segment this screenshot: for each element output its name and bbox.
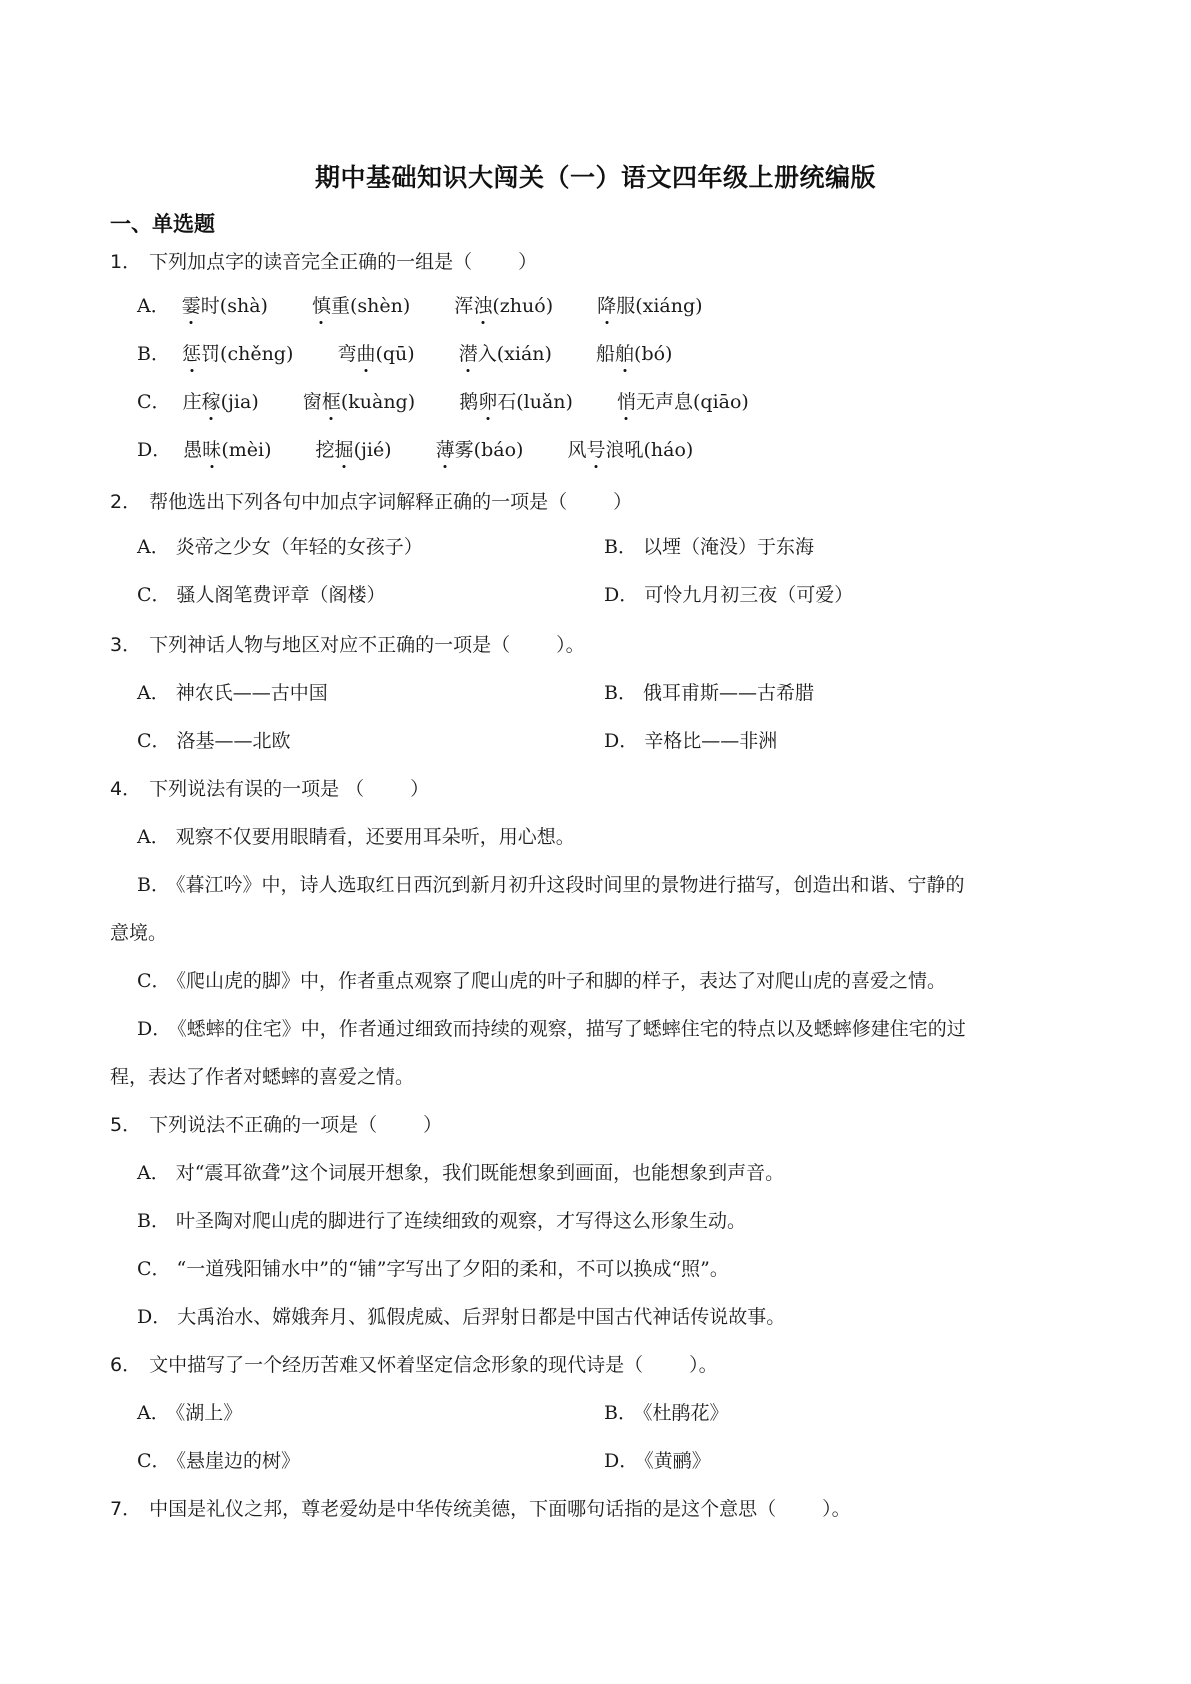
option-word: 风号浪吼(háo) bbox=[567, 438, 693, 462]
question-1-option-b[interactable]: B． 惩罚(chěng) 弯曲(qū) 潜入(xián) 船舶(bó) bbox=[137, 342, 710, 366]
option-word: 浑浊(zhuó) bbox=[454, 294, 553, 318]
option-word: 悄无声息(qiāo) bbox=[617, 390, 749, 414]
question-3-option-c[interactable]: C．洛基——北欧 bbox=[137, 729, 291, 753]
question-5-option-b[interactable]: B．叶圣陶对爬山虎的脚进行了连续细致的观察，才写得这么形象生动。 bbox=[137, 1209, 746, 1233]
question-2-stem: 2．帮他选出下列各句中加点字词解释正确的一项是（） bbox=[110, 490, 632, 514]
emphasis-dot: 舶 bbox=[615, 343, 634, 365]
question-2-option-a[interactable]: A．炎帝之少女（年轻的女孩子） bbox=[137, 535, 423, 559]
option-word: 惩罚(chěng) bbox=[182, 342, 293, 366]
emphasis-dot: 稼 bbox=[202, 391, 221, 413]
emphasis-dot: 掘 bbox=[335, 439, 354, 461]
question-2-option-b[interactable]: B．以堙（淹没）于东海 bbox=[604, 535, 814, 559]
emphasis-dot: 薄 bbox=[436, 439, 455, 461]
option-word: 庄稼(jia) bbox=[183, 390, 259, 414]
question-4-option-c[interactable]: C．《爬山虎的脚》中，作者重点观察了爬山虎的叶子和脚的样子，表达了对爬山虎的喜爱… bbox=[137, 969, 946, 993]
question-1-option-a[interactable]: A． 霎时(shà) 慎重(shèn) 浑浊(zhuó) 降服(xiáng) bbox=[137, 294, 741, 318]
question-3-stem: 3．下列神话人物与地区对应不正确的一项是（）。 bbox=[110, 633, 585, 657]
question-1-option-d[interactable]: D． 愚昧(mèi) 挖掘(jié) 薄雾(báo) 风号浪吼(háo) bbox=[137, 438, 731, 462]
emphasis-dot: 霎 bbox=[182, 295, 201, 317]
question-2-option-d[interactable]: D．可怜九月初三夜（可爱） bbox=[604, 583, 853, 607]
question-3-option-d[interactable]: D．辛格比——非洲 bbox=[604, 729, 777, 753]
option-word: 潜入(xián) bbox=[459, 342, 552, 366]
option-word: 窗框(kuàng) bbox=[303, 390, 415, 414]
question-1-option-c[interactable]: C． 庄稼(jia) 窗框(kuàng) 鹅卵石(luǎn) 悄无声息(qiāo… bbox=[137, 390, 787, 414]
option-word: 鹅卵石(luǎn) bbox=[459, 390, 573, 414]
question-4-option-d[interactable]: D．《蟋蟀的住宅》中，作者通过细致而持续的观察，描写了蟋蟀住宅的特点以及蟋蟀修建… bbox=[137, 1017, 966, 1041]
emphasis-dot: 惩 bbox=[182, 343, 201, 365]
option-word: 挖掘(jié) bbox=[316, 438, 392, 462]
question-4-option-b-cont: 意境。 bbox=[110, 921, 167, 945]
question-5-option-c[interactable]: C．“一道残阳铺水中”的“铺”字写出了夕阳的柔和，不可以换成“照”。 bbox=[137, 1257, 729, 1281]
option-word: 霎时(shà) bbox=[182, 294, 268, 318]
emphasis-dot: 昧 bbox=[202, 439, 221, 461]
question-1-stem: 1．下列加点字的读音完全正确的一组是（） bbox=[110, 250, 537, 274]
option-word: 降服(xiáng) bbox=[597, 294, 702, 318]
question-3-option-b[interactable]: B．俄耳甫斯——古希腊 bbox=[604, 681, 814, 705]
option-word: 船舶(bó) bbox=[596, 342, 672, 366]
option-word: 弯曲(qū) bbox=[337, 342, 414, 366]
emphasis-dot: 框 bbox=[322, 391, 341, 413]
question-5-option-a[interactable]: A．对“震耳欲聋”这个词展开想象，我们既能想象到画面，也能想象到声音。 bbox=[137, 1161, 784, 1185]
question-3-option-a[interactable]: A．神农氏——古中国 bbox=[137, 681, 328, 705]
question-7-stem: 7．中国是礼仪之邦，尊老爱幼是中华传统美德，下面哪句话指的是这个意思（）。 bbox=[110, 1497, 851, 1521]
question-6-option-c[interactable]: C．《悬崖边的树》 bbox=[137, 1449, 300, 1473]
question-2-option-c[interactable]: C．骚人阁笔费评章（阁楼） bbox=[137, 583, 386, 607]
document-title: 期中基础知识大闯关（一）语文四年级上册统编版 bbox=[0, 158, 1191, 194]
option-word: 愚昧(mèi) bbox=[183, 438, 271, 462]
question-6-option-a[interactable]: A．《湖上》 bbox=[137, 1401, 242, 1425]
emphasis-dot: 降 bbox=[597, 295, 616, 317]
question-6-option-b[interactable]: B．《杜鹃花》 bbox=[604, 1401, 728, 1425]
section-heading: 一、单选题 bbox=[110, 208, 215, 238]
emphasis-dot: 卵 bbox=[478, 391, 497, 413]
emphasis-dot: 曲 bbox=[356, 343, 375, 365]
option-word: 薄雾(báo) bbox=[436, 438, 524, 462]
emphasis-dot: 潜 bbox=[459, 343, 478, 365]
question-4-stem: 4．下列说法有误的一项是 （） bbox=[110, 777, 429, 801]
question-6-stem: 6．文中描写了一个经历苦难又怀着坚定信念形象的现代诗是（）。 bbox=[110, 1353, 718, 1377]
exam-page: 期中基础知识大闯关（一）语文四年级上册统编版 一、单选题 1．下列加点字的读音完… bbox=[0, 0, 1191, 1684]
emphasis-dot: 浊 bbox=[473, 295, 492, 317]
question-5-stem: 5．下列说法不正确的一项是（） bbox=[110, 1113, 442, 1137]
question-6-option-d[interactable]: D．《黄鹂》 bbox=[604, 1449, 711, 1473]
emphasis-dot: 慎 bbox=[312, 295, 331, 317]
question-5-option-d[interactable]: D．大禹治水、嫦娥奔月、狐假虎威、后羿射日都是中国古代神话传说故事。 bbox=[137, 1305, 785, 1329]
emphasis-dot: 悄 bbox=[617, 391, 636, 413]
question-4-option-a[interactable]: A．观察不仅要用眼睛看，还要用耳朵听，用心想。 bbox=[137, 825, 575, 849]
question-4-option-d-cont: 程，表达了作者对蟋蟀的喜爱之情。 bbox=[110, 1065, 414, 1089]
emphasis-dot: 号 bbox=[587, 439, 606, 461]
question-4-option-b[interactable]: B．《暮江吟》中，诗人选取红日西沉到新月初升这段时间里的景物进行描写，创造出和谐… bbox=[137, 873, 964, 897]
option-word: 慎重(shèn) bbox=[312, 294, 410, 318]
